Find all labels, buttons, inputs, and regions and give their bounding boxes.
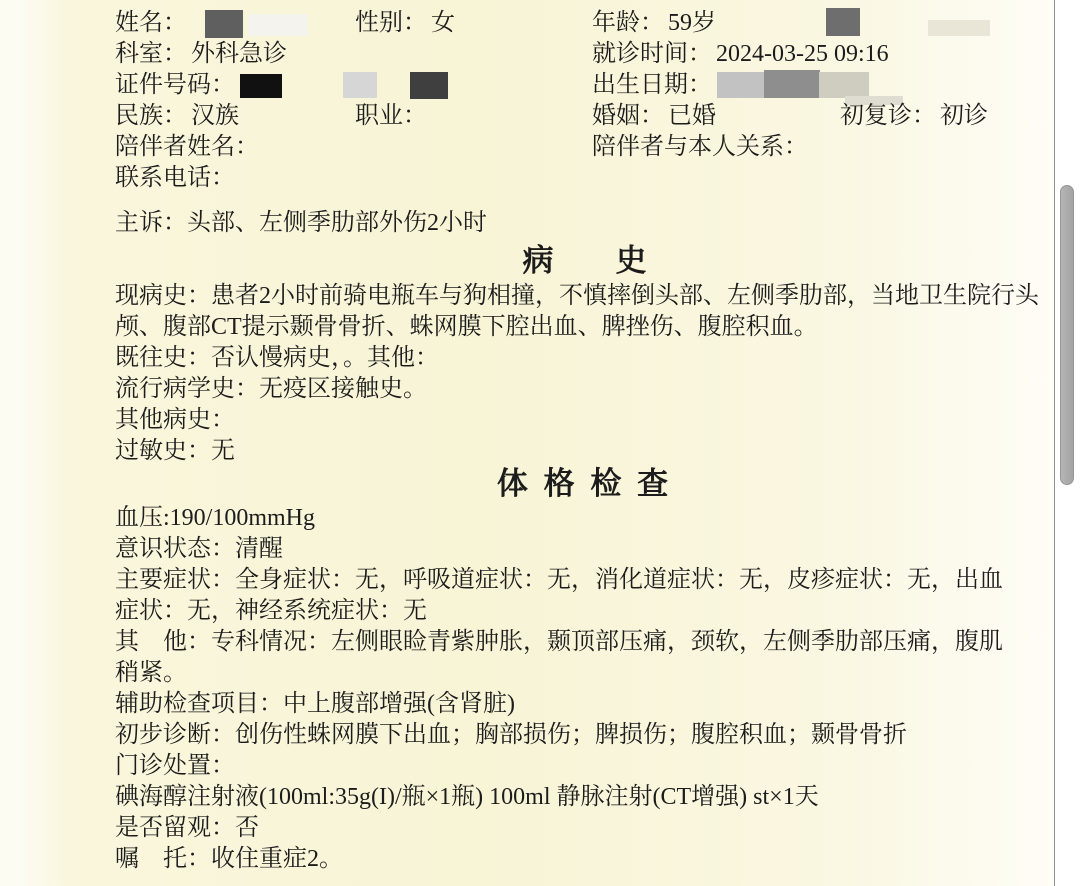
redaction-blur-name (248, 14, 308, 36)
info-row-companion: 陪伴者姓名： 陪伴者与本人关系： (0, 132, 1054, 163)
patient-info-block: 姓名： 性别：女 年龄：59岁 科室：外科急诊 就诊时间：2024-03-25 … (0, 0, 1054, 194)
visit-time-label: 就诊时间： (592, 41, 712, 67)
marriage-value: 已婚 (668, 103, 716, 129)
dept-value: 外科急诊 (191, 41, 287, 67)
history-line: 其他病史： (115, 405, 1054, 436)
redaction-box-birth-1 (717, 72, 765, 98)
exam-line: 初步诊断：创伤性蛛网膜下出血；胸部损伤；脾损伤；腹腔积血；颞骨骨折 (115, 720, 1054, 751)
redaction-box-id-1 (240, 74, 282, 98)
history-line: 过敏史：无 (115, 436, 1054, 467)
exam-line: 碘海醇注射液(100ml:35g(I)/瓶×1瓶) 100ml 静脉注射(CT增… (115, 782, 1054, 813)
ethnicity-label: 民族： (115, 103, 187, 129)
age-label: 年龄： (592, 10, 664, 36)
history-line: 颅、腹部CT提示颞骨骨折、蛛网膜下腔出血、脾挫伤、腹腔积血。 (115, 312, 1054, 343)
companion-relation-label: 陪伴者与本人关系： (592, 134, 808, 160)
history-line: 现病史：患者2小时前骑电瓶车与狗相撞，不慎摔倒头部、左侧季肋部，当地卫生院行头 (115, 281, 1054, 312)
occupation-field: 职业： (355, 101, 431, 131)
visit-type-value: 初诊 (940, 103, 988, 129)
redaction-box-name (205, 10, 243, 38)
name-label: 姓名： (115, 10, 187, 36)
scrollbar[interactable] (1054, 0, 1080, 886)
redaction-box-birth-2 (764, 70, 820, 98)
visit-type-label: 初复诊： (840, 103, 936, 129)
exam-line: 辅助检查项目：中上腹部增强(含肾脏) (115, 689, 1054, 720)
name-field: 姓名： (115, 8, 191, 38)
age-field: 年龄：59岁 (592, 8, 716, 38)
document-viewer: 姓名： 性别：女 年龄：59岁 科室：外科急诊 就诊时间：2024-03-25 … (0, 0, 1080, 886)
gender-label: 性别： (355, 10, 427, 36)
exam-section-title: 体 格 检 查 (115, 467, 1054, 503)
marriage-label: 婚姻： (592, 103, 664, 129)
companion-relation-field: 陪伴者与本人关系： (592, 132, 812, 162)
birth-field: 出生日期： (592, 70, 716, 100)
info-row-ethnicity: 民族：汉族 职业： 婚姻：已婚 初复诊：初诊 (0, 101, 1054, 132)
phone-label: 联系电话： (115, 165, 235, 191)
redaction-box-age (826, 8, 860, 36)
exam-line: 主要症状：全身症状：无，呼吸道症状：无，消化道症状：无，皮疹症状：无，出血 (115, 565, 1054, 596)
phone-field: 联系电话： (115, 163, 239, 193)
info-row-name: 姓名： 性别：女 年龄：59岁 (0, 8, 1054, 39)
companion-name-label: 陪伴者姓名： (115, 134, 259, 160)
id-field: 证件号码： (115, 70, 239, 100)
redaction-box-id-3 (410, 72, 448, 99)
gender-field: 性别：女 (355, 8, 455, 38)
visit-time-field: 就诊时间：2024-03-25 09:16 (592, 39, 889, 69)
history-line: 既往史：否认慢病史，。其他： (115, 343, 1054, 374)
ethnicity-value: 汉族 (191, 103, 239, 129)
companion-name-field: 陪伴者姓名： (115, 132, 263, 162)
exam-line: 其 他：专科情况：左侧眼睑青紫肿胀，颞顶部压痛，颈软，左侧季肋部压痛，腹肌 (115, 627, 1054, 658)
occupation-label: 职业： (355, 103, 427, 129)
ethnicity-field: 民族：汉族 (115, 101, 239, 131)
redaction-blur-age (928, 20, 990, 36)
visit-type-field: 初复诊：初诊 (840, 101, 988, 131)
exam-line: 症状：无，神经系统症状：无 (115, 596, 1054, 627)
id-label: 证件号码： (115, 72, 235, 98)
exam-line: 意识状态：清醒 (115, 534, 1054, 565)
medical-record-page: 姓名： 性别：女 年龄：59岁 科室：外科急诊 就诊时间：2024-03-25 … (0, 0, 1054, 886)
chief-complaint: 主诉：头部、左侧季肋部外伤2小时 (115, 208, 1054, 239)
info-row-phone: 联系电话： (0, 163, 1054, 194)
dept-label: 科室： (115, 41, 187, 67)
exam-line: 嘱 托：收住重症2。 (115, 844, 1054, 875)
info-row-id: 证件号码： 出生日期： (0, 70, 1054, 101)
history-section-title: 病 史 (115, 241, 1054, 281)
dept-field: 科室：外科急诊 (115, 39, 287, 69)
exam-line: 是否留观：否 (115, 813, 1054, 844)
history-line: 流行病学史：无疫区接触史。 (115, 374, 1054, 405)
redaction-box-birth-3 (819, 72, 869, 98)
marriage-field: 婚姻：已婚 (592, 101, 716, 131)
exam-line: 稍紧。 (115, 658, 1054, 689)
exam-line: 血压:190/100mmHg (115, 503, 1054, 534)
birth-label: 出生日期： (592, 72, 712, 98)
age-value: 59岁 (668, 10, 716, 36)
visit-time-value: 2024-03-25 09:16 (716, 41, 889, 67)
exam-line: 门诊处置： (115, 751, 1054, 782)
gender-value: 女 (431, 10, 455, 36)
info-row-dept: 科室：外科急诊 就诊时间：2024-03-25 09:16 (0, 39, 1054, 70)
scrollbar-thumb[interactable] (1060, 185, 1074, 485)
redaction-box-id-2 (343, 72, 377, 98)
